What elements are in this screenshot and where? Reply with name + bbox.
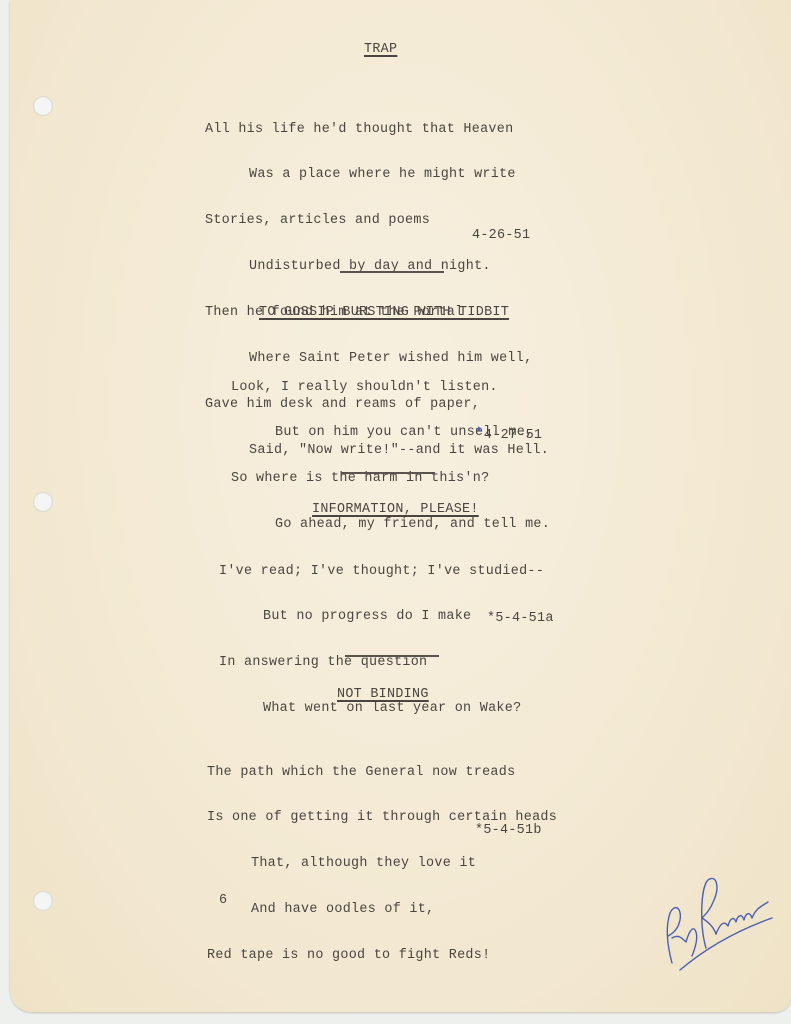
poem-title-information: INFORMATION, PLEASE! [312, 502, 479, 517]
poem-line: That, although they love it [207, 856, 557, 871]
poem-body-gossip: Look, I really shouldn't listen. But on … [231, 349, 550, 548]
poem-date: 4-27-51 [484, 428, 542, 443]
poem-line: In answering the question [219, 655, 544, 670]
binder-hole [33, 96, 53, 116]
binder-hole [33, 891, 53, 911]
poem-date-row: *4-27-51 [474, 427, 542, 443]
poem-line: Stories, articles and poems [205, 213, 549, 228]
poem-body-not-binding: The path which the General now treads Is… [207, 734, 557, 979]
poem-line: Red tape is no good to fight Reds! [207, 948, 557, 963]
poem-title-gossip: TO GOSSIP BURSTING WITH TIDBIT [259, 305, 509, 320]
section-divider [345, 655, 439, 657]
poem-line: Look, I really shouldn't listen. [231, 380, 550, 395]
poem-line: And have oodles of it, [207, 902, 557, 917]
poem-date: *5-4-51a [487, 611, 554, 626]
blue-asterisk-mark: * [474, 425, 484, 443]
page-number: 6 [219, 893, 227, 908]
poem-title-not-binding: NOT BINDING [337, 687, 429, 702]
poem-line: Go ahead, my friend, and tell me. [231, 517, 550, 532]
poem-date: 4-26-51 [472, 228, 530, 243]
binder-hole [33, 492, 53, 512]
handwritten-signature: Roy Romine [650, 868, 780, 978]
section-divider [341, 472, 435, 474]
poem-line: I've read; I've thought; I've studied-- [219, 564, 544, 579]
poem-line: Was a place where he might write [205, 167, 549, 182]
poem-date: *5-4-51b [475, 823, 542, 838]
poem-title-trap: TRAP [364, 42, 397, 57]
section-divider [340, 271, 444, 273]
poem-line: What went on last year on Wake? [219, 701, 544, 716]
poem-line: All his life he'd thought that Heaven [205, 122, 549, 137]
poem-line: The path which the General now treads [207, 765, 557, 780]
